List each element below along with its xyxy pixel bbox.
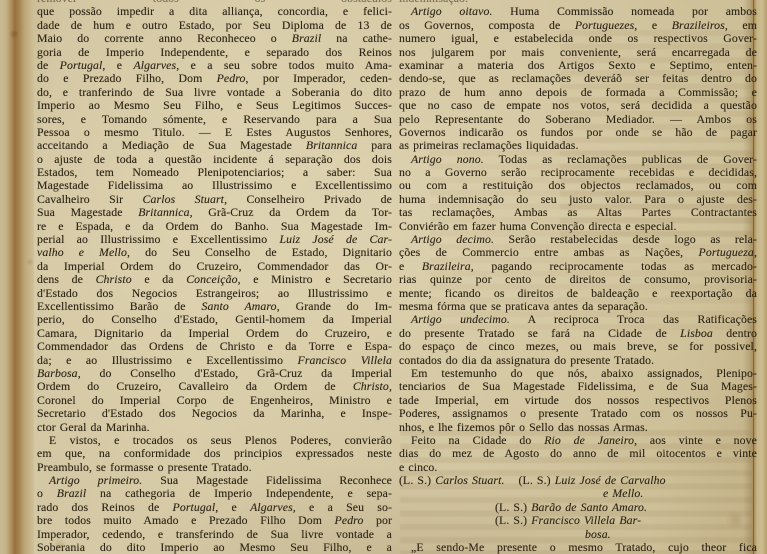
text-line: Artigo primeiro. Sua Magestade Fidelissi… (37, 474, 392, 487)
text-line: Artigo undecimo. A reciproca Troca das R… (399, 313, 757, 326)
signature-line: (L. S.) Barão de Santo Amaro. (399, 501, 757, 514)
text-line: nos julgarem por mais conveniente, será … (399, 46, 757, 59)
text-line: do presente Tratado se fará na Cidade de… (399, 327, 757, 340)
text-line: do, e tranferindo de Sua livre vontade a… (37, 86, 392, 99)
text-line: re e Espada, e da Ordem do Banho. Sua Ma… (37, 220, 392, 233)
scanned-page: remover todos os obstaculosque possão im… (0, 0, 767, 554)
text-line: Maio do corrente anno Reconheceo o Brazi… (37, 32, 392, 45)
text-line: do espaço de cinco mezes, ou mais breve,… (399, 340, 757, 353)
text-line: ções de Commercio entre ambas as Nações,… (399, 246, 757, 259)
text-line: Ordem do Cruzeiro, Cavalleiro da Ordem d… (37, 380, 392, 393)
seal-signature: (L. S.) Carlos Stuart. (399, 474, 505, 487)
seal-signature: (L. S.) Luiz José de Carvalho (519, 474, 666, 487)
text-line: Magestade Fidelissima ao Illustrissimo e… (37, 179, 392, 192)
text-line: as primeiras reclamações liquidadas. (399, 139, 757, 152)
text-line: E vistos, e trocados os seus Plenos Pode… (37, 434, 392, 447)
text-line: d'Estado dos Negocios Estrangeiros; ao I… (37, 287, 392, 300)
text-line: Imperio ao Mesmo Seu Filho, e Seus Legit… (37, 99, 392, 112)
text-line: contados do dia da assignatura do presen… (399, 354, 757, 367)
text-line: Cavalheiro Sir Carlos Stuart, Conselheir… (37, 193, 392, 206)
text-line: rias quinze por cento de direitos de con… (399, 273, 757, 286)
text-line: de Portugal, e Algarves, e a seu sobre t… (37, 59, 392, 72)
text-line: Pessoa o mesmo Titulo. — E Estes Augusto… (37, 126, 392, 139)
text-line: Governos indicarão os fundos por onde se… (399, 126, 757, 139)
text-line: bre todos muito Amado e Prezado Filho Do… (37, 514, 392, 527)
text-line: Commendador das Ordens de Christo e da T… (37, 340, 392, 353)
text-line: mesma fórma que se praticava antes da se… (399, 300, 757, 313)
text-line: goria de Imperio Independente, e separad… (37, 46, 392, 59)
text-line: prazo de hum anno depois de formada a Co… (399, 86, 757, 99)
text-line: Preambulo, se formasse o presente Tratad… (37, 461, 392, 474)
text-line: e cinco. (399, 461, 757, 474)
text-line: tenciarios de Sua Magestade Fidelissima,… (399, 380, 757, 393)
text-line: indemnisação. (399, 0, 757, 5)
text-line: perial ao Illustrissimo e Excellentissim… (37, 233, 392, 246)
text-line: Artigo nono. Todas as reclamações public… (399, 153, 757, 166)
text-line: da Imperial Ordem do Cruzeiro, Commendad… (37, 260, 392, 273)
text-line: „E sendo-Me presente o mesmo Tratado, cu… (399, 541, 757, 554)
text-column-left: remover todos os obstaculosque possão im… (37, 0, 392, 554)
text-line: numero igual, e estabelecida onde os res… (399, 32, 757, 45)
text-line: Conviérão em fazer huma Convenção direct… (399, 220, 757, 233)
text-line: Camara, Dignitario da Imperial Ordem do … (37, 327, 392, 340)
text-line: da; e ao Illustrissimo e Excellentissimo… (37, 354, 392, 367)
text-line: Em testemunho do que nós, abaixo assigna… (399, 367, 757, 380)
text-column-right: indemnisação.Artigo oitavo. Huma Commiss… (399, 0, 757, 554)
text-line: Poderes, assignamos o presente Tratado c… (399, 407, 757, 420)
text-line: no a Governo serão reciprocamente recebi… (399, 166, 757, 179)
text-line: e Brazileira, pagando reciprocamente tod… (399, 260, 757, 273)
text-line: ctor Geral da Marinha. (37, 421, 392, 434)
text-line: que possão impedir a dita alliança, conc… (37, 5, 392, 18)
text-line: remover todos os obstaculos (37, 0, 392, 5)
text-line: o ajuste de toda a questão incidente á s… (37, 153, 392, 166)
text-line: Feito na Cidade do Rio de Janeiro, aos v… (399, 434, 757, 447)
text-line: huma indemnisação do seu justo valor. Pa… (399, 193, 757, 206)
text-line: acceitando a Mediação de Sua Magestade B… (37, 139, 392, 152)
text-line: ou com a restituição dos objectos reclam… (399, 179, 757, 192)
text-line: nhos, e lhe fizemos pôr o Sello das noss… (399, 421, 757, 434)
text-line: dias do mez de Agosto do anno de mil oit… (399, 447, 757, 460)
text-line: dade de hum e outro Estado, por Seu Dipl… (37, 19, 392, 32)
text-line: que no caso de empate nos votos, será de… (399, 99, 757, 112)
text-line: dendo-se, que as reclamações deveráõ ser… (399, 72, 757, 85)
text-line: pelo Representante do Soberano Mediador.… (399, 113, 757, 126)
text-line: Artigo decimo. Serão restabelecidas desd… (399, 233, 757, 246)
signature-line: bosa. (399, 528, 757, 541)
text-line: tas reclamações, Ambas as Altas Partes C… (399, 206, 757, 219)
text-line: Soberania do dito Imperio ao Mesmo Seu F… (37, 541, 392, 554)
text-line: os Governos, composta de Portuguezes, e … (399, 19, 757, 32)
text-line: Imperador, cedendo, e transferindo de Su… (37, 528, 392, 541)
text-line: tade Imperial, em virtude dos nossos res… (399, 394, 757, 407)
text-line: Coronel do Imperial Corpo de Engenheiros… (37, 394, 392, 407)
text-line: rado dos Reinos de Portugal, e Algarves,… (37, 501, 392, 514)
text-line: do e Prezado Filho, Dom Pedro, por Imper… (37, 72, 392, 85)
signature-line: (L. S.) Carlos Stuart.(L. S.) Luiz José … (399, 474, 757, 487)
text-line: Secretario d'Estado dos Negocios da Mari… (37, 407, 392, 420)
signature-line: (L. S.) Francisco Villela Bar- (399, 514, 757, 527)
text-line: Estados, tem Nomeado Plenipotenciarios; … (37, 166, 392, 179)
signature-line: e Mello. (399, 487, 757, 500)
text-line: em que, na conformidade dos principios e… (37, 447, 392, 460)
text-line: mente; ficando os direitos de baldeação … (399, 287, 757, 300)
text-line: sores, e Tomando sómente, e Reservando p… (37, 113, 392, 126)
text-line: Sua Magestade Britannica, Grã-Cruz da Or… (37, 206, 392, 219)
text-line: examinar a materia dos Artigos Sexto e S… (399, 59, 757, 72)
text-line: Artigo oitavo. Huma Commissão nomeada po… (399, 5, 757, 18)
text-line: Excellentissimo Barão de Santo Amaro, Gr… (37, 300, 392, 313)
text-line: valho e Mello, do Seu Conselho de Estado… (37, 246, 392, 259)
book-gutter (0, 0, 34, 554)
text-line: o Brazil na cathegoria de Imperio Indepe… (37, 487, 392, 500)
text-line: Barbosa, do Conselho d'Estado, Grã-Cruz … (37, 367, 392, 380)
text-line: perio, do Conselho d'Estado, Gentil-home… (37, 313, 392, 326)
text-line: dens de Christo e da Conceição, e Minist… (37, 273, 392, 286)
